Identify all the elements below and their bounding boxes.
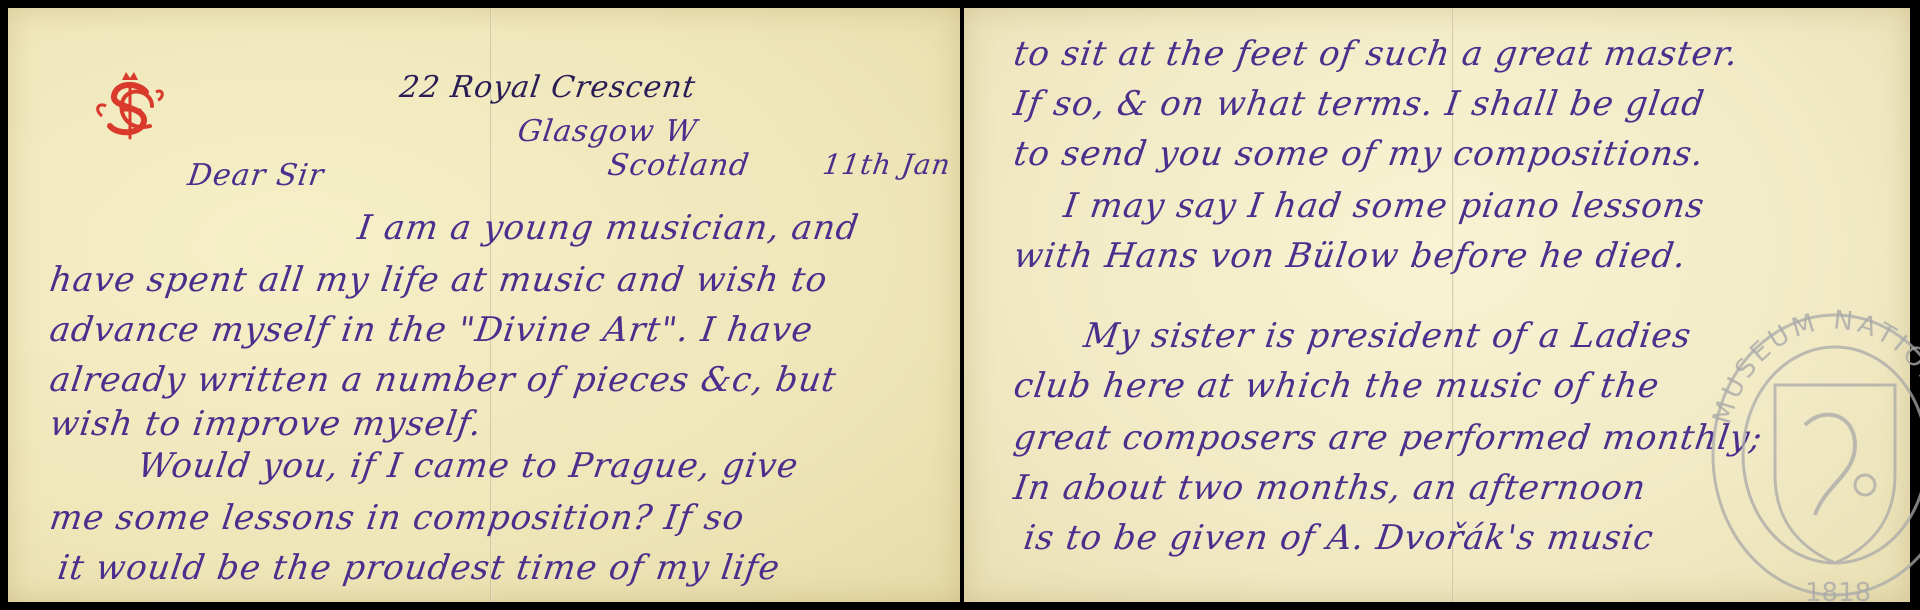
body-line: great composers are performed monthly; [1011,418,1765,458]
body-line: In about two months, an afternoon [1011,468,1649,508]
body-line: me some lessons in composition? If so [47,498,747,538]
address-line-2: Glasgow W [516,114,700,149]
body-line: advance myself in the "Divine Art". I ha… [47,310,815,350]
letter-date: 11th Jan [821,148,953,181]
salutation: Dear Sir [186,158,327,193]
letter-page-left: 22 Royal Crescent Glasgow W Scotland 11t… [8,8,960,602]
body-line: have spent all my life at music and wish… [47,260,830,300]
body-line: I am a young musician, and [355,208,861,248]
body-line: I may say I had some piano lessons [1061,186,1707,226]
body-line: is to be given of A. Dvořák's music [1021,518,1656,558]
address-line-1: 22 Royal Crescent [398,70,699,105]
body-line: already written a number of pieces &c, b… [47,360,839,400]
body-line: If so, & on what terms. I shall be glad [1011,84,1707,124]
letter-page-right: to sit at the feet of such a great maste… [964,8,1910,602]
address-line-3: Scotland [606,148,752,183]
body-line: to send you some of my compositions. [1011,134,1707,174]
body-line: My sister is president of a Ladies [1081,316,1694,356]
letterhead-monogram-icon [88,66,170,148]
body-line: with Hans von Bülow before he died. [1011,236,1689,276]
body-line: wish to improve myself. [47,404,485,444]
body-line: to sit at the feet of such a great maste… [1011,34,1741,74]
body-line: club here at which the music of the [1011,366,1662,406]
body-line: it would be the proudest time of my life [55,548,783,588]
body-line: Would you, if I came to Prague, give [135,446,801,486]
